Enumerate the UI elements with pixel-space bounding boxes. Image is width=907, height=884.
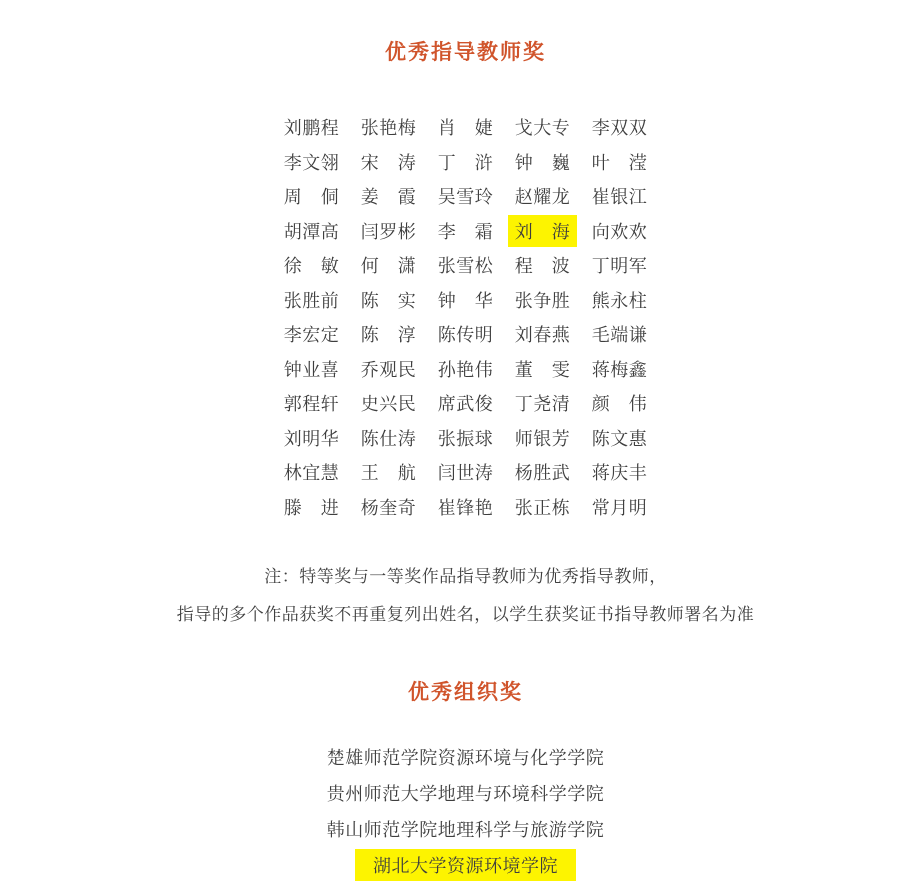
teacher-name-text: 周 侗 bbox=[284, 183, 340, 209]
teacher-name-text: 史兴民 bbox=[361, 390, 417, 416]
teacher-name: 蒋梅鑫 bbox=[592, 353, 648, 388]
teacher-name: 李双双 bbox=[592, 111, 648, 146]
teacher-name-text: 丁明军 bbox=[592, 252, 648, 278]
teacher-name: 张胜前 bbox=[284, 284, 340, 319]
teacher-name: 丁 浒 bbox=[438, 146, 494, 181]
teacher-name-text: 张雪松 bbox=[438, 252, 494, 278]
teacher-name: 师银芳 bbox=[515, 422, 571, 457]
teacher-name-text: 林宜慧 bbox=[284, 459, 340, 485]
teacher-name-text: 胡潭高 bbox=[284, 218, 340, 244]
teacher-name-text: 宋 涛 bbox=[361, 149, 417, 175]
teacher-name-text: 李双双 bbox=[592, 114, 648, 140]
teacher-name-text: 张艳梅 bbox=[361, 114, 417, 140]
teacher-name-text: 熊永柱 bbox=[592, 287, 648, 313]
teacher-name: 王 航 bbox=[361, 456, 417, 491]
teacher-name: 陈传明 bbox=[438, 318, 494, 353]
teacher-name: 宋 涛 bbox=[361, 146, 417, 181]
teacher-name-text: 张振球 bbox=[438, 425, 494, 451]
teacher-name-text: 刘春燕 bbox=[515, 321, 571, 347]
teacher-name-text: 戈大专 bbox=[515, 114, 571, 140]
teacher-name: 陈 淳 bbox=[361, 318, 417, 353]
teacher-name-text: 吴雪玲 bbox=[438, 183, 494, 209]
teacher-name-text: 李 霜 bbox=[438, 218, 494, 244]
teacher-name: 孙艳伟 bbox=[438, 353, 494, 388]
teacher-name-text: 叶 滢 bbox=[592, 149, 648, 175]
teacher-name-text: 张正栋 bbox=[515, 494, 571, 520]
teacher-name-text: 赵耀龙 bbox=[515, 183, 571, 209]
teacher-name: 李文翎 bbox=[284, 146, 340, 181]
teacher-name: 李 霜 bbox=[438, 215, 494, 250]
org-item-text: 楚雄师范学院资源环境与化学学院 bbox=[327, 744, 605, 770]
teacher-name-text: 陈 实 bbox=[361, 287, 417, 313]
teacher-name-text: 陈 淳 bbox=[361, 321, 417, 347]
org-item: 湖北大学资源环境学院 bbox=[12, 848, 907, 884]
teacher-name: 毛端谦 bbox=[592, 318, 648, 353]
teacher-name-text: 席武俊 bbox=[438, 390, 494, 416]
teacher-name-text: 张争胜 bbox=[515, 287, 571, 313]
org-item: 韩山师范学院地理科学与旅游学院 bbox=[12, 812, 907, 848]
teacher-name: 刘 海 bbox=[515, 215, 571, 250]
teacher-name-text: 董 雯 bbox=[515, 356, 571, 382]
teacher-name: 何 潇 bbox=[361, 249, 417, 284]
teacher-name-text: 丁 浒 bbox=[438, 149, 494, 175]
teacher-name-text: 张胜前 bbox=[284, 287, 340, 313]
teacher-name-text: 钟 华 bbox=[438, 287, 494, 313]
teacher-name-text: 崔银江 bbox=[592, 183, 648, 209]
teacher-name: 崔锋艳 bbox=[438, 491, 494, 526]
teacher-name-text: 刘 海 bbox=[508, 215, 578, 247]
teacher-name-text: 钟业喜 bbox=[284, 356, 340, 382]
teacher-name: 徐 敏 bbox=[284, 249, 340, 284]
teacher-name: 乔观民 bbox=[361, 353, 417, 388]
teacher-name: 张争胜 bbox=[515, 284, 571, 319]
teacher-name-text: 闫世涛 bbox=[438, 459, 494, 485]
teacher-name: 陈仕涛 bbox=[361, 422, 417, 457]
teacher-name-text: 李文翎 bbox=[284, 149, 340, 175]
org-item: 贵州师范大学地理与环境科学学院 bbox=[12, 776, 907, 812]
teacher-name: 钟 华 bbox=[438, 284, 494, 319]
org-item-text: 湖北大学资源环境学院 bbox=[355, 849, 576, 881]
teacher-name: 闫世涛 bbox=[438, 456, 494, 491]
org-item-text: 韩山师范学院地理科学与旅游学院 bbox=[327, 816, 605, 842]
teacher-name: 姜 霞 bbox=[361, 180, 417, 215]
teacher-name: 张振球 bbox=[438, 422, 494, 457]
teacher-name-text: 丁尧清 bbox=[515, 390, 571, 416]
teacher-name-text: 崔锋艳 bbox=[438, 494, 494, 520]
teacher-award-title: 优秀指导教师奖 bbox=[12, 36, 907, 66]
org-award-title: 优秀组织奖 bbox=[12, 676, 907, 706]
teacher-name: 杨奎奇 bbox=[361, 491, 417, 526]
teacher-name: 董 雯 bbox=[515, 353, 571, 388]
teacher-name: 崔银江 bbox=[592, 180, 648, 215]
teacher-name: 史兴民 bbox=[361, 387, 417, 422]
teacher-name-text: 钟 巍 bbox=[515, 149, 571, 175]
teacher-name-text: 程 波 bbox=[515, 252, 571, 278]
teacher-name-text: 王 航 bbox=[361, 459, 417, 485]
org-list: 楚雄师范学院资源环境与化学学院 贵州师范大学地理与环境科学学院 韩山师范学院地理… bbox=[12, 740, 907, 884]
teacher-name: 颜 伟 bbox=[592, 387, 648, 422]
teacher-name: 滕 进 bbox=[284, 491, 340, 526]
teacher-name: 闫罗彬 bbox=[361, 215, 417, 250]
teacher-name-text: 陈传明 bbox=[438, 321, 494, 347]
teacher-name: 张艳梅 bbox=[361, 111, 417, 146]
teacher-name: 郭程轩 bbox=[284, 387, 340, 422]
teacher-name: 李宏定 bbox=[284, 318, 340, 353]
teacher-name-text: 孙艳伟 bbox=[438, 356, 494, 382]
teacher-name: 叶 滢 bbox=[592, 146, 648, 181]
teacher-name-text: 乔观民 bbox=[361, 356, 417, 382]
teacher-name-text: 姜 霞 bbox=[361, 183, 417, 209]
teacher-name-text: 蒋梅鑫 bbox=[592, 356, 648, 382]
teacher-name: 陈 实 bbox=[361, 284, 417, 319]
teacher-name-text: 闫罗彬 bbox=[361, 218, 417, 244]
teacher-name-text: 滕 进 bbox=[284, 494, 340, 520]
note-line-2: 指导的多个作品获奖不再重复列出姓名，以学生获奖证书指导教师署名为准 bbox=[12, 600, 907, 625]
teacher-name-text: 刘鹏程 bbox=[284, 114, 340, 140]
teacher-name: 程 波 bbox=[515, 249, 571, 284]
teacher-name: 林宜慧 bbox=[284, 456, 340, 491]
teacher-name: 张雪松 bbox=[438, 249, 494, 284]
teacher-name-text: 颜 伟 bbox=[592, 390, 648, 416]
teacher-name-text: 杨胜武 bbox=[515, 459, 571, 485]
teacher-name-text: 肖 婕 bbox=[438, 114, 494, 140]
teacher-name-text: 郭程轩 bbox=[284, 390, 340, 416]
teacher-name: 熊永柱 bbox=[592, 284, 648, 319]
teacher-names-grid: 刘鹏程 张艳梅 肖 婕 戈大专 李双双 李文翎 宋 涛 丁 浒 钟 巍 叶 滢 … bbox=[12, 111, 907, 525]
teacher-name: 张正栋 bbox=[515, 491, 571, 526]
teacher-name: 肖 婕 bbox=[438, 111, 494, 146]
teacher-name: 丁尧清 bbox=[515, 387, 571, 422]
teacher-name: 刘明华 bbox=[284, 422, 340, 457]
teacher-name-text: 向欢欢 bbox=[592, 218, 648, 244]
teacher-name: 刘春燕 bbox=[515, 318, 571, 353]
teacher-name: 丁明军 bbox=[592, 249, 648, 284]
note-line-1: 注：特等奖与一等奖作品指导教师为优秀指导教师， bbox=[12, 562, 907, 587]
teacher-name-text: 蒋庆丰 bbox=[592, 459, 648, 485]
org-item-text: 贵州师范大学地理与环境科学学院 bbox=[327, 780, 605, 806]
page: 优秀指导教师奖 刘鹏程 张艳梅 肖 婕 戈大专 李双双 李文翎 宋 涛 丁 浒 … bbox=[0, 0, 907, 884]
teacher-name: 赵耀龙 bbox=[515, 180, 571, 215]
teacher-name-text: 毛端谦 bbox=[592, 321, 648, 347]
teacher-name: 向欢欢 bbox=[592, 215, 648, 250]
teacher-name: 钟业喜 bbox=[284, 353, 340, 388]
article-content: 优秀指导教师奖 刘鹏程 张艳梅 肖 婕 戈大专 李双双 李文翎 宋 涛 丁 浒 … bbox=[12, 0, 907, 884]
teacher-name: 钟 巍 bbox=[515, 146, 571, 181]
teacher-name-text: 陈文惠 bbox=[592, 425, 648, 451]
teacher-name-text: 刘明华 bbox=[284, 425, 340, 451]
teacher-name: 席武俊 bbox=[438, 387, 494, 422]
teacher-name: 胡潭高 bbox=[284, 215, 340, 250]
teacher-name: 蒋庆丰 bbox=[592, 456, 648, 491]
teacher-name-text: 常月明 bbox=[592, 494, 648, 520]
teacher-name-text: 陈仕涛 bbox=[361, 425, 417, 451]
teacher-name: 常月明 bbox=[592, 491, 648, 526]
teacher-name-text: 何 潇 bbox=[361, 252, 417, 278]
teacher-name: 杨胜武 bbox=[515, 456, 571, 491]
teacher-name: 吴雪玲 bbox=[438, 180, 494, 215]
teacher-name-text: 师银芳 bbox=[515, 425, 571, 451]
teacher-name-text: 徐 敏 bbox=[284, 252, 340, 278]
teacher-name: 陈文惠 bbox=[592, 422, 648, 457]
teacher-name: 戈大专 bbox=[515, 111, 571, 146]
teacher-name-text: 李宏定 bbox=[284, 321, 340, 347]
teacher-name: 周 侗 bbox=[284, 180, 340, 215]
teacher-name: 刘鹏程 bbox=[284, 111, 340, 146]
org-item: 楚雄师范学院资源环境与化学学院 bbox=[12, 740, 907, 776]
teacher-name-text: 杨奎奇 bbox=[361, 494, 417, 520]
